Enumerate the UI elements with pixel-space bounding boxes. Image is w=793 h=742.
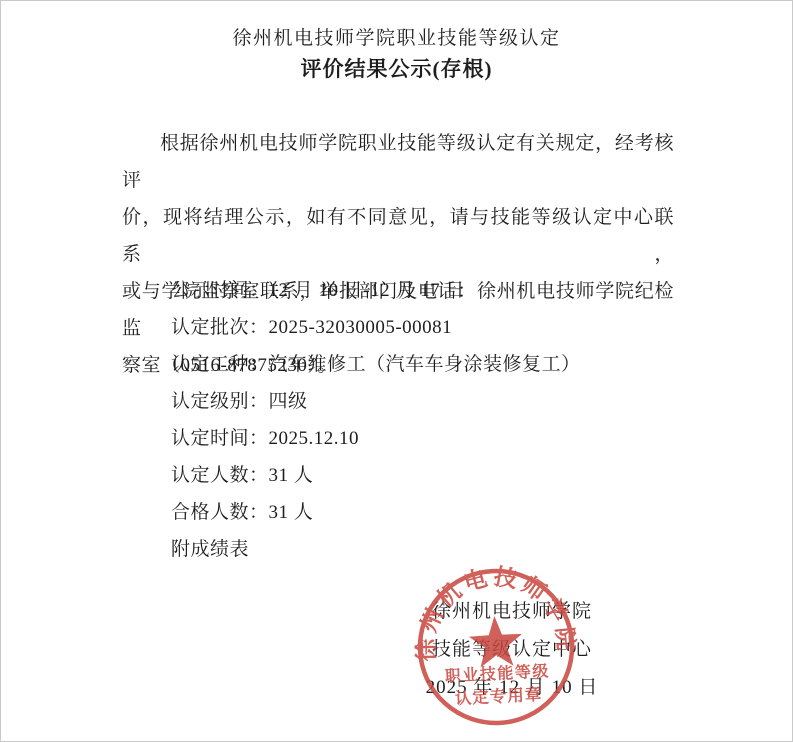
detail-batch-number: 认定批次：2025-32030005-00081 [171, 309, 581, 346]
document-page: 徐州机电技师学院职业技能等级认定 评价结果公示(存根) 根据徐州机电技师学院职业… [0, 0, 793, 742]
paragraph-line: 根据徐州机电技师学院职业技能等级认定有关规定，经考核评 [122, 125, 674, 199]
detail-list: 公示时间：12 月 10 日-12 月 17 日 认定批次：2025-32030… [171, 272, 581, 568]
detail-level: 认定级别：四级 [171, 383, 581, 420]
seal-badge-line2: 认定专用章 [454, 684, 542, 709]
official-seal-stamp: 徐州机电技师学院 职业技能等级 认定专用章 [407, 558, 586, 737]
star-icon [468, 615, 524, 668]
seal-badge-line1: 职业技能等级 [444, 661, 550, 685]
detail-passed-count: 合格人数：31 人 [171, 494, 581, 531]
detail-assessment-date: 认定时间：2025.12.10 [171, 420, 581, 457]
detail-publicity-period: 公示时间：12 月 10 日-12 月 17 日 [171, 272, 581, 309]
paragraph-line: 价，现将结理公示，如有不同意见，请与技能等级认定中心联系， [122, 199, 674, 273]
detail-candidate-count: 认定人数：31 人 [171, 457, 581, 494]
document-title-line1: 徐州机电技师学院职业技能等级认定 [1, 23, 792, 50]
document-title-line2: 评价结果公示(存根) [1, 53, 792, 83]
detail-occupation: 认定工种：汽车维修工（汽车车身涂装修复工） [171, 346, 581, 383]
